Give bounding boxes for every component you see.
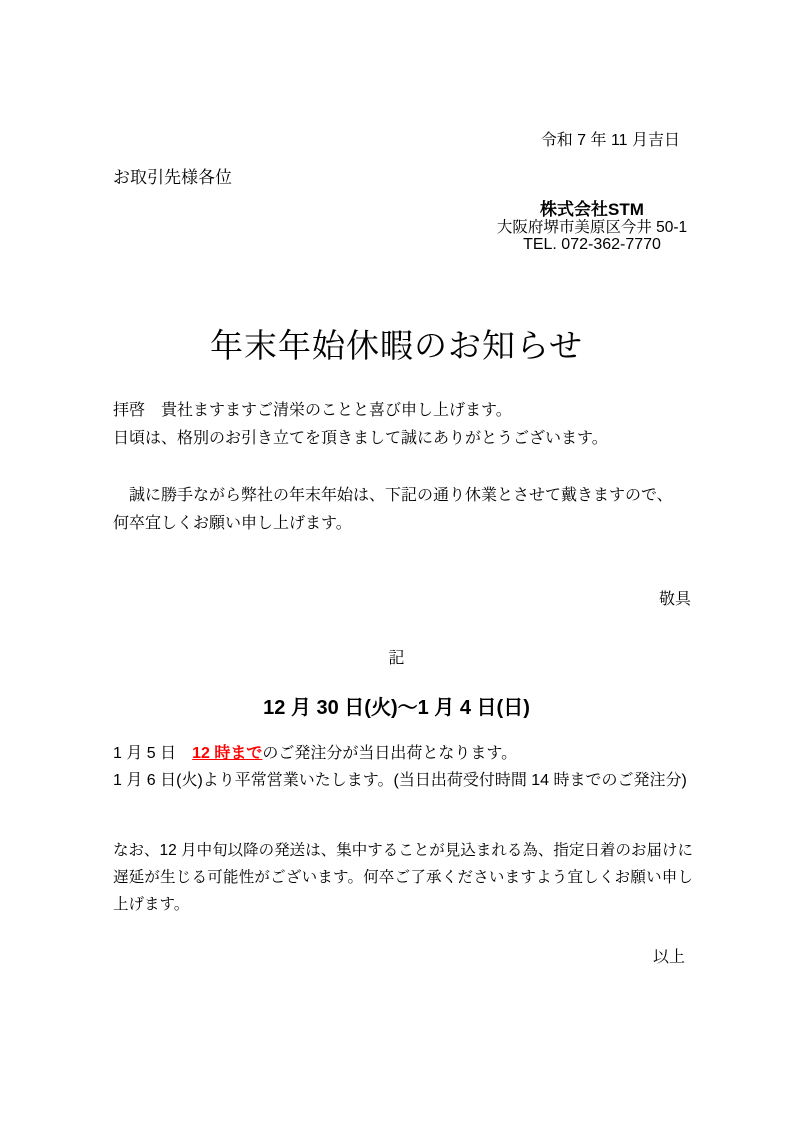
body-line-2: 何卒宜しくお願い申し上げます。 (113, 510, 685, 538)
holiday-period: 12 月 30 日(火)～1 月 4 日(日) (0, 695, 793, 721)
recipient-line: お取引先様各位 (113, 167, 232, 189)
company-tel: TEL. 072-362-7770 (452, 236, 732, 253)
document-page: 令和 7 年 11 月吉日 お取引先様各位 株式会社STM 大阪府堺市美原区今井… (0, 0, 793, 1122)
shipping-delay-note: なお、12 月中旬以降の発送は、集中することが見込まれる為、指定日着のお届けに遅… (113, 837, 693, 918)
order-deadline-line: 1 月 5 日 12 時までのご発注分が当日出荷となります。 (113, 743, 517, 765)
body-paragraph: 誠に勝手ながら弊社の年末年始は、下記の通り休業とさせて戴きますので、 何卒宜しく… (113, 482, 685, 538)
greeting-paragraph: 拝啓 貴社ますますご清栄のことと喜び申し上げます。 日頃は、格別のお引き立てを頂… (113, 397, 685, 452)
order-deadline-suffix: のご発注分が当日出荷となります。 (262, 745, 517, 762)
closing-word: 敬具 (0, 590, 691, 610)
body-line-1: 誠に勝手ながら弊社の年末年始は、下記の通り休業とさせて戴きますので、 (113, 482, 685, 510)
company-address: 大阪府堺市美原区今井 50-1 (452, 219, 732, 236)
resume-business-line: 1 月 6 日(火)より平常営業いたします。(当日出荷受付時間 14 時までのご… (113, 770, 687, 792)
document-title: 年末年始休暇のお知らせ (0, 325, 793, 367)
sender-block: 株式会社STM 大阪府堺市美原区今井 50-1 TEL. 072-362-777… (452, 200, 732, 253)
issue-date: 令和 7 年 11 月吉日 (0, 131, 680, 151)
greeting-line-1: 拝啓 貴社ますますご清栄のことと喜び申し上げます。 (113, 397, 685, 425)
order-deadline-highlight: 12 時まで (192, 745, 262, 762)
record-marker: 記 (0, 649, 793, 669)
end-marker: 以上 (0, 948, 685, 968)
company-name: 株式会社STM (452, 200, 732, 219)
greeting-line-2: 日頃は、格別のお引き立てを頂きまして誠にありがとうございます。 (113, 425, 685, 453)
order-deadline-prefix: 1 月 5 日 (113, 745, 192, 762)
